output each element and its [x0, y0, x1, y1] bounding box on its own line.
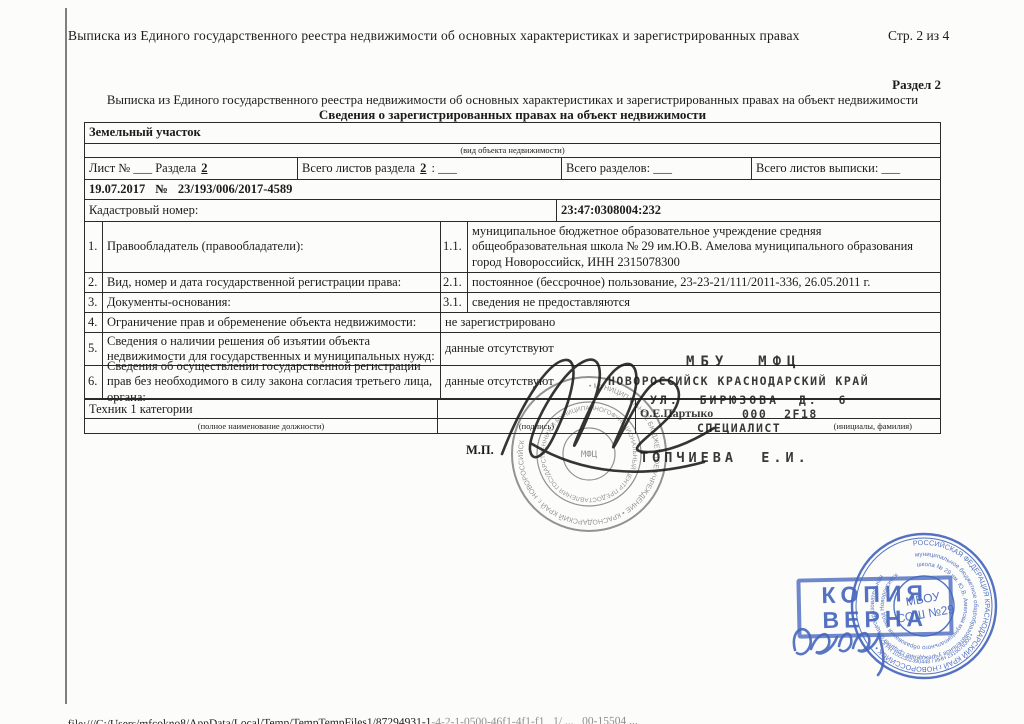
- signer-position: Техник 1 категории: [85, 400, 437, 418]
- total-sheets-cell: Всего листов раздела 2 : ___: [297, 158, 561, 179]
- section-label: Раздел 2: [84, 77, 941, 93]
- cadastral-label: Кадастровый номер:: [85, 200, 556, 221]
- blue-handwritten-signature: [785, 606, 905, 676]
- document-title: Выписка из Единого государственного реес…: [84, 93, 941, 108]
- row-number: 4.: [85, 313, 102, 332]
- handwritten-signature: [472, 342, 732, 482]
- row-label: Документы-основания:: [102, 293, 440, 312]
- sheet-section-label: Раздела: [155, 161, 196, 176]
- row-value: не зарегистрировано: [440, 313, 940, 332]
- page-edge-line: [65, 8, 67, 704]
- sheet-section-value: 2: [199, 161, 209, 176]
- table-row: 3. Документы-основания: 3.1. сведения не…: [85, 292, 940, 312]
- object-info-table: Земельный участок (вид объекта недвижимо…: [84, 122, 941, 222]
- total-sections-blank: ___: [653, 161, 672, 176]
- extract-date: 19.07.2017: [89, 182, 145, 197]
- footer-file-path: file:///C:/Users/mfcokno8/AppData/Local/…: [62, 703, 638, 724]
- row-number: 5.: [85, 333, 102, 365]
- row-value: постоянное (бессрочное) пользование, 23-…: [467, 273, 940, 292]
- table-row: Кадастровый номер: 23:47:0308004:232: [85, 199, 940, 221]
- document-subtitle: Сведения о зарегистрированных правах на …: [84, 107, 941, 123]
- row-subnumber: 1.1.: [440, 222, 467, 272]
- scanned-document-page: { "page": { "header_line": "Выписка из Е…: [0, 0, 1024, 724]
- total-sheets-blank: : ___: [432, 161, 457, 176]
- total-extract-sheets-label: Всего листов выписки:: [756, 161, 878, 176]
- table-row: 4. Ограничение прав и обременение объект…: [85, 312, 940, 332]
- total-extract-sheets-cell: Всего листов выписки: ___: [751, 158, 940, 179]
- running-header: Выписка из Единого государственного реес…: [68, 28, 868, 44]
- sheet-label: Лист №: [89, 161, 130, 176]
- row-subnumber: 2.1.: [440, 273, 467, 292]
- page-number: Стр. 2 из 4: [888, 28, 949, 44]
- mfc-stamp-code: 000 2F18: [742, 407, 818, 421]
- row-value: муниципальное бюджетное образовательное …: [467, 222, 940, 272]
- row-number: 2.: [85, 273, 102, 292]
- row-label: Вид, номер и дата государственной регист…: [102, 273, 440, 292]
- table-row: Лист № ___ Раздела 2 Всего листов раздел…: [85, 157, 940, 179]
- extract-reg-number: 23/193/006/2017-4589: [178, 182, 293, 197]
- footer-file-path-main: file:///C:/Users/mfcokno8/AppData/Local/…: [68, 717, 432, 724]
- table-row: 2. Вид, номер и дата государственной рег…: [85, 272, 940, 292]
- total-sections-cell: Всего разделов: ___: [561, 158, 751, 179]
- footer-file-path-faded: -4-2-1-0500-46f1-4f1-f1 1/ ... 00-15504 …: [431, 715, 637, 724]
- row-subnumber: 3.1.: [440, 293, 467, 312]
- row-number: 1.: [85, 222, 102, 272]
- row-number: 6.: [85, 366, 102, 398]
- extract-date-number: 19.07.2017 № 23/193/006/2017-4589: [85, 180, 940, 199]
- row-number: 3.: [85, 293, 102, 312]
- total-extract-sheets-blank: ___: [881, 161, 900, 176]
- total-sheets-label: Всего листов раздела: [302, 161, 415, 176]
- object-type-caption: (вид объекта недвижимости): [85, 144, 940, 157]
- sheet-blank: ___: [133, 161, 152, 176]
- copy-stamp-word1: КОПИЯ: [821, 581, 928, 608]
- cadastral-value: 23:47:0308004:232: [556, 200, 940, 221]
- table-row: (вид объекта недвижимости): [85, 143, 940, 157]
- total-sections-label: Всего разделов:: [566, 161, 650, 176]
- number-sign: №: [155, 182, 168, 197]
- row-label: Ограничение прав и обременение объекта н…: [102, 313, 440, 332]
- object-type: Земельный участок: [85, 123, 940, 143]
- table-row: 1. Правообладатель (правообладатели): 1.…: [85, 222, 940, 272]
- row-label: Правообладатель (правообладатели):: [102, 222, 440, 272]
- position-caption: (полное наименование должности): [85, 419, 437, 433]
- sheet-cell: Лист № ___ Раздела 2: [85, 158, 297, 179]
- table-row: 19.07.2017 № 23/193/006/2017-4589: [85, 179, 940, 199]
- row-value: сведения не предоставляются: [467, 293, 940, 312]
- table-row: Земельный участок: [85, 123, 940, 143]
- row-label: Сведения об осуществлении государственно…: [102, 366, 440, 398]
- total-sheets-value: 2: [418, 161, 428, 176]
